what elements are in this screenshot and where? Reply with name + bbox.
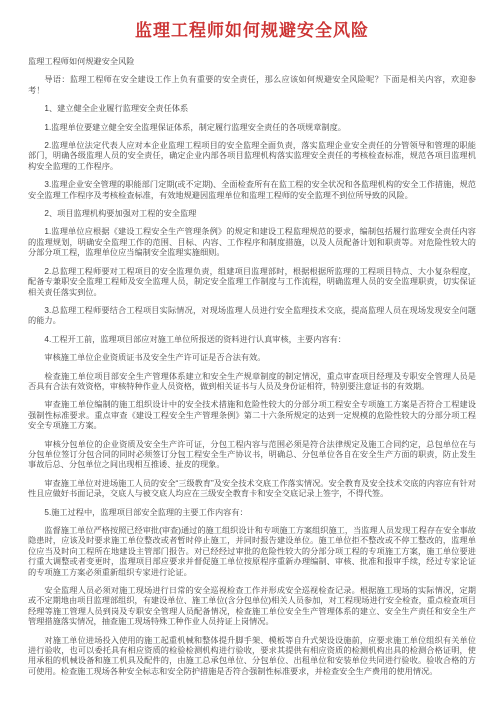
paragraph: 审核分包单位的企业资质及安全生产许可证，分包工程内容与范围必须是符合法律规定及施… bbox=[28, 440, 476, 471]
paragraph: 审查施工单位对进场施工人员的安全“三级教育”及安全技术交底工作落实情况。安全教育… bbox=[28, 479, 476, 500]
page-title: 监理工程师如何规避安全风险 bbox=[28, 20, 476, 42]
article-page: 监理工程师如何规避安全风险 监理工程师如何规避安全风险导语：监理工程师在安全建设… bbox=[0, 0, 504, 713]
paragraph: 1、建立健全企业履行监理安全责任体系 bbox=[28, 104, 476, 114]
paragraph: 对施工单位进场投入使用的施工起重机械和整体提升脚手架、模板等自升式架设设施前，应… bbox=[28, 636, 476, 678]
paragraph: 安全监理人员必须对施工现场进行日常的安全巡视检查工作并形成安全巡视检查记录。根据… bbox=[28, 586, 476, 628]
paragraph: 1.监理单位要建立健全安全监理保证体系，制定履行监理安全责任的各项规章制度。 bbox=[28, 123, 476, 133]
paragraph: 2.监理单位法定代表人应对本企业监理工程项目的安全监理全面负责，落实监理企业安全… bbox=[28, 141, 476, 172]
paragraph: 监督施工单位严格按照已经审批(审查)通过的施工组织设计和专项施工方案组织施工，当… bbox=[28, 526, 476, 578]
paragraph: 监理工程师如何规避安全风险 bbox=[28, 57, 476, 67]
paragraph: 3.监理企业安全管理的职能部门定期(或不定期)、全面检查所有在监工程的安全状况和… bbox=[28, 180, 476, 201]
paragraph: 1.监理单位应根据《建设工程安全生产管理条例》的规定和建设工程监理规范的要求，编… bbox=[28, 227, 476, 258]
paragraph: 检查施工单位项目部安全生产管理体系建立和安全生产规章制度的制定情况，重点审查项目… bbox=[28, 372, 476, 393]
paragraph: 审核施工单位企业资质证书及安全生产许可证是否合法有效。 bbox=[28, 353, 476, 363]
paragraph: 3.总监理工程师要结合工程项目实际情况，对现场监理人员进行安全监理技术交底，提高… bbox=[28, 306, 476, 327]
paragraph: 5.施工过程中，监理项目部安全监理的主要工作内容有： bbox=[28, 508, 476, 518]
paragraph: 导语：监理工程师在安全建设工作上负有重要的安全责任，那么应该如何规避安全风险呢？… bbox=[28, 75, 476, 96]
paragraph: 2.总监理工程师要对工程项目的安全监理负责，组建项目监理部时，根据根据所监理的工… bbox=[28, 267, 476, 298]
article-body: 监理工程师如何规避安全风险导语：监理工程师在安全建设工作上负有重要的安全责任，那… bbox=[28, 57, 476, 677]
paragraph: 4.工程开工前，监理项目部应对施工单位所报送的资料进行认真审核，主要内容有： bbox=[28, 335, 476, 345]
paragraph: 审查施工单位编制的施工组织设计中的安全技术措施和危险性较大的分部分项工程安全专项… bbox=[28, 400, 476, 431]
paragraph: 2、项目监理机构要加强对工程的安全监理 bbox=[28, 209, 476, 219]
